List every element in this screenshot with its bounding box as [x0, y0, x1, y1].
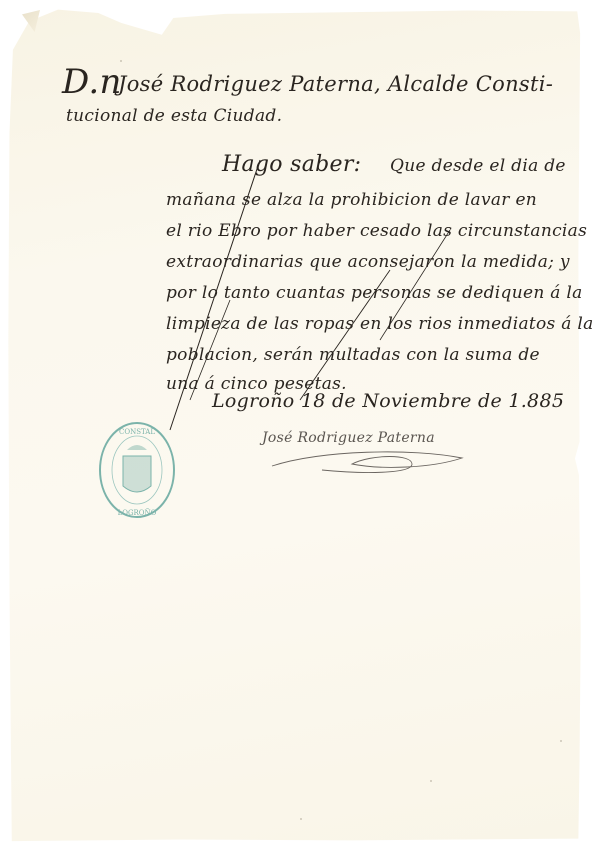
paper-speck: [560, 740, 562, 742]
document-scan: D.n José Rodriguez Paterna, Alcalde Cons…: [0, 0, 599, 850]
paper-speck: [120, 60, 122, 62]
header-line-1: José Rodriguez Paterna, Alcalde Consti-: [118, 72, 553, 96]
paper-speck: [430, 780, 432, 782]
place-date: Logroño 18 de Noviembre de 1.885: [212, 390, 564, 412]
municipal-seal-stamp: CONSTAL LOGROÑO ALCALDIA CONSTAL DE LOGR…: [97, 420, 177, 520]
signature-flourish: [262, 440, 482, 480]
seal-icon: CONSTAL LOGROÑO: [97, 420, 177, 520]
header-line-2: tucional de esta Ciudad.: [66, 106, 282, 126]
honorific: D.n: [62, 62, 122, 102]
svg-text:LOGROÑO: LOGROÑO: [118, 508, 157, 517]
paper-speck: [300, 818, 302, 820]
svg-text:CONSTAL: CONSTAL: [119, 428, 155, 436]
